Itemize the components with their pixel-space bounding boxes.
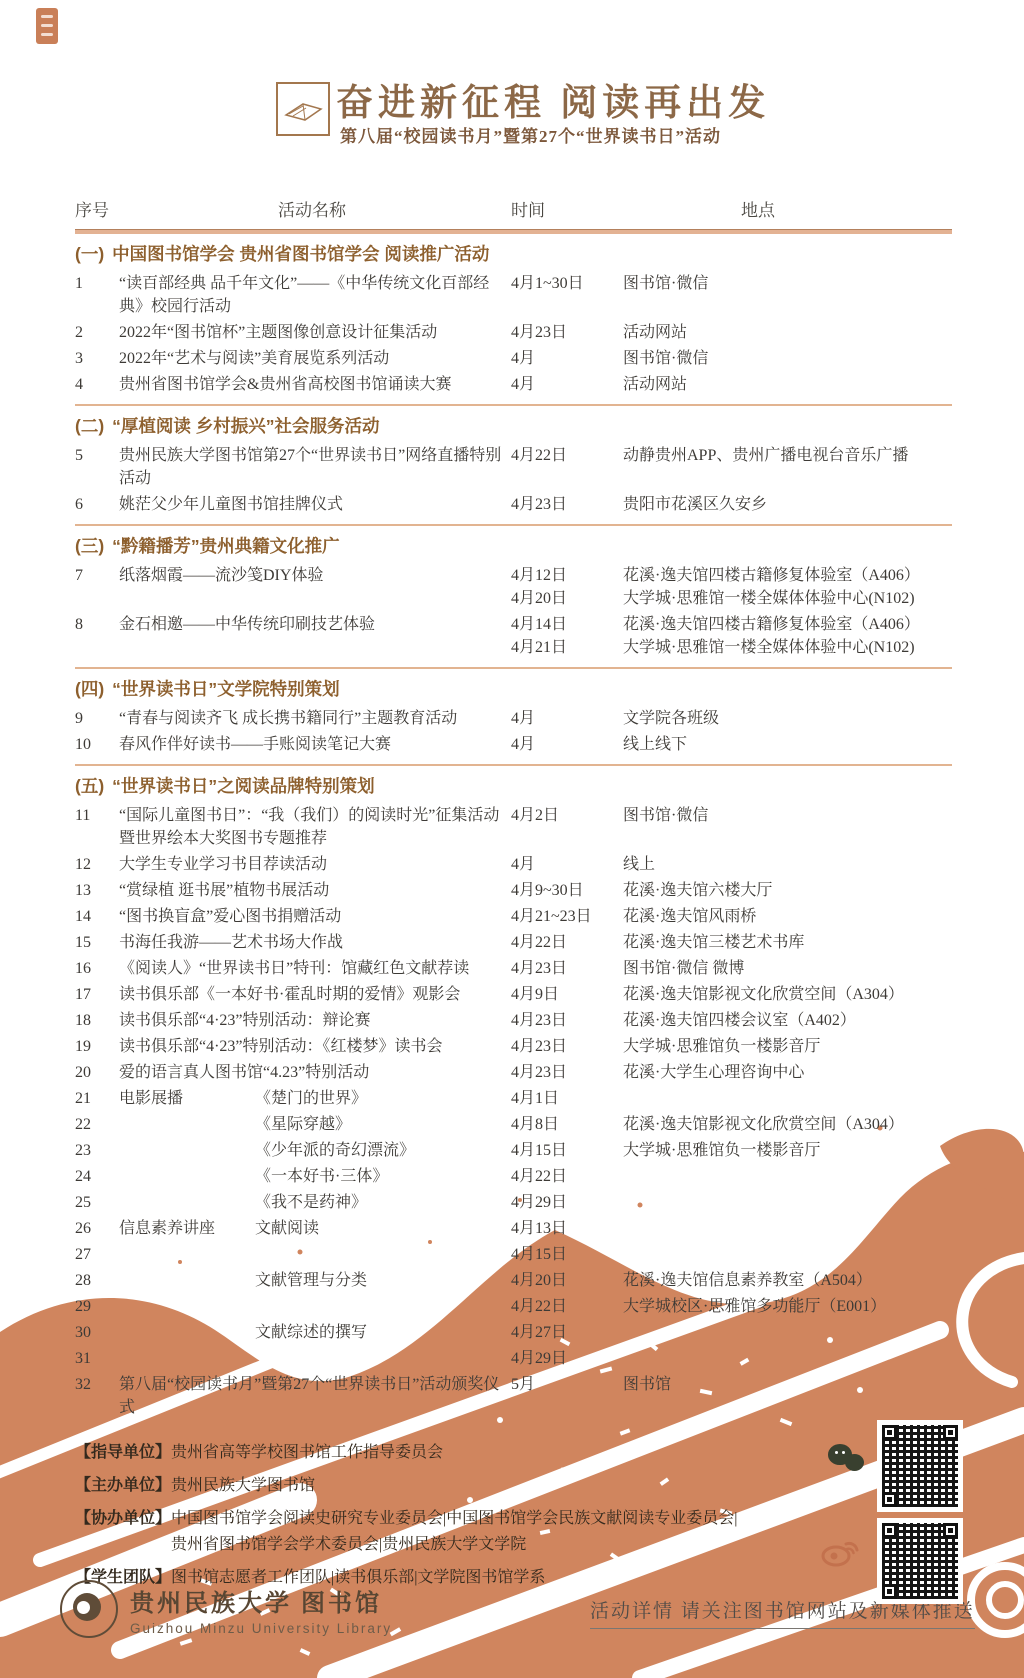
section-header: (四)“世界读书日”文学院特别策划 — [75, 677, 952, 702]
activity-name: 书海任我游——艺术书场大作战 — [119, 931, 511, 954]
location-line: 图书馆·微信 — [623, 804, 952, 827]
row-number: 8 — [75, 613, 119, 636]
time-line: 4月23日 — [511, 1035, 623, 1058]
location-line: 活动网站 — [623, 373, 952, 396]
time-line: 4月23日 — [511, 1009, 623, 1032]
table-row: 14“图书换盲盒”爱心图书捐赠活动4月21~23日花溪·逸夫馆风雨桥 — [75, 905, 952, 928]
activity-time: 4月23日 — [511, 1035, 623, 1058]
activity-time: 4月23日 — [511, 1061, 623, 1084]
poster-page: 奋进新征程 阅读再出发 第八届“校园读书月”暨第27个“世界读书日”活动 序号 … — [0, 0, 1024, 1678]
activity-name: 大学生专业学习书目荐读活动 — [119, 853, 511, 876]
table-row: 10春风作伴好读书——手账阅读笔记大赛4月线上线下 — [75, 733, 952, 756]
open-book-icon — [276, 82, 330, 136]
activity-table: 序号 活动名称 时间 地点 (一)中国图书馆学会 贵州省图书馆学会 阅读推广活动… — [75, 196, 952, 1422]
table-row: 32第八届“校园读书月”暨第27个“世界读书日”活动颁奖仪式5月图书馆 — [75, 1373, 952, 1419]
location-line: 花溪·逸夫馆三楼艺术书库 — [623, 931, 952, 954]
activity-name — [119, 1295, 511, 1318]
table-row: 1“读百部经典 品千年文化”——《中华传统文化百部经典》校园行活动4月1~30日… — [75, 272, 952, 318]
activity-name — [119, 1243, 511, 1266]
row-number: 13 — [75, 879, 119, 902]
credit-label: 【协办单位】 — [75, 1506, 171, 1558]
location-line: 大学城·思雅馆负一楼影音厅 — [623, 1035, 952, 1058]
location-line: 大学城校区·思雅馆多功能厅（E001） — [623, 1295, 952, 1318]
activity-name: 贵州民族大学图书馆第27个“世界读书日”网络直播特别活动 — [119, 444, 511, 490]
credit-text: 贵州省高等学校图书馆工作指导委员会 — [171, 1440, 443, 1466]
activity-location: 花溪·逸夫馆四楼会议室（A402） — [623, 1009, 952, 1032]
location-line: 花溪·逸夫馆信息素养教室（A504） — [623, 1269, 952, 1292]
table-row: 30文献综述的撰写4月27日 — [75, 1321, 952, 1344]
activity-time: 4月13日 — [511, 1217, 623, 1240]
activity-name: 纸落烟霞——流沙笺DIY体验 — [119, 564, 511, 587]
table-section: (五)“世界读书日”之阅读品牌特别策划11“国际儿童图书日”：“我（我们）的阅读… — [75, 774, 952, 1419]
row-number: 31 — [75, 1347, 119, 1370]
activity-location — [623, 1087, 952, 1110]
activity-time: 4月29日 — [511, 1347, 623, 1370]
activity-name: 文献综述的撰写 — [119, 1321, 511, 1344]
university-seal-icon — [60, 1580, 118, 1638]
activity-name: “赏绿植 逛书展”植物书展活动 — [119, 879, 511, 902]
activity-sub-item: 《我不是药神》 — [255, 1194, 367, 1211]
activity-time: 4月29日 — [511, 1191, 623, 1214]
time-line: 4月23日 — [511, 493, 623, 516]
activity-name: 贵州省图书馆学会&贵州省高校图书馆诵读大赛 — [119, 373, 511, 396]
time-line: 4月 — [511, 707, 623, 730]
time-line: 4月21~23日 — [511, 905, 623, 928]
location-line: 花溪·逸夫馆四楼古籍修复体验室（A406） — [623, 613, 952, 636]
row-number: 18 — [75, 1009, 119, 1032]
table-row: 28文献管理与分类4月20日花溪·逸夫馆信息素养教室（A504） — [75, 1269, 952, 1292]
library-logo: 贵州民族大学 图书馆 Guizhou Minzu University Libr… — [60, 1580, 392, 1638]
location-line — [623, 1347, 952, 1370]
table-row: 9“青春与阅读齐飞 成长携书籍同行”主题教育活动4月文学院各班级 — [75, 707, 952, 730]
activity-time: 4月1日 — [511, 1087, 623, 1110]
location-line: 花溪·大学生心理咨询中心 — [623, 1061, 952, 1084]
table-row: 294月22日大学城校区·思雅馆多功能厅（E001） — [75, 1295, 952, 1318]
location-line: 贵阳市花溪区久安乡 — [623, 493, 952, 516]
time-line: 4月 — [511, 853, 623, 876]
activity-location: 图书馆 — [623, 1373, 952, 1396]
activity-time: 4月21~23日 — [511, 905, 623, 928]
activity-location — [623, 1191, 952, 1214]
table-row: 23《少年派的奇幻漂流》4月15日大学城·思雅馆负一楼影音厅 — [75, 1139, 952, 1162]
time-line: 4月9~30日 — [511, 879, 623, 902]
location-line: 大学城·思雅馆一楼全媒体体验中心(N102) — [623, 587, 952, 610]
organizer-credits: 【指导单位】贵州省高等学校图书馆工作指导委员会【主办单位】贵州民族大学图书馆【协… — [75, 1440, 795, 1598]
location-line: 花溪·逸夫馆影视文化欣赏空间（A304） — [623, 1113, 952, 1136]
poster-subtitle: 第八届“校园读书月”暨第27个“世界读书日”活动 — [340, 122, 721, 147]
activity-name: 《我不是药神》 — [119, 1191, 511, 1214]
activity-name: 春风作伴好读书——手账阅读笔记大赛 — [119, 733, 511, 756]
row-number: 26 — [75, 1217, 119, 1240]
credit-label: 【主办单位】 — [75, 1473, 171, 1499]
activity-time: 5月 — [511, 1373, 623, 1396]
row-number: 3 — [75, 347, 119, 370]
row-number: 4 — [75, 373, 119, 396]
table-row: 25《我不是药神》4月29日 — [75, 1191, 952, 1214]
credit-text: 贵州民族大学图书馆 — [171, 1473, 315, 1499]
section-title: “黔籍播芳”贵州典籍文化推广 — [112, 536, 340, 556]
activity-name: 2022年“艺术与阅读”美育展览系列活动 — [119, 347, 511, 370]
time-line: 4月29日 — [511, 1191, 623, 1214]
activity-sub-item: 文献管理与分类 — [255, 1272, 367, 1289]
location-line — [623, 1321, 952, 1344]
time-line: 5月 — [511, 1373, 623, 1396]
time-line: 4月20日 — [511, 1269, 623, 1292]
table-row: 11“国际儿童图书日”：“我（我们）的阅读时光”征集活动暨世界绘本大奖图书专题推… — [75, 804, 952, 850]
location-line: 图书馆·微信 — [623, 347, 952, 370]
activity-location: 图书馆·微信 微博 — [623, 957, 952, 980]
credit-row: 【协办单位】中国图书馆学会阅读史研究专业委员会|中国图书馆学会民族文献阅读专业委… — [75, 1506, 795, 1558]
time-line: 4月23日 — [511, 957, 623, 980]
row-number: 28 — [75, 1269, 119, 1292]
credit-text: 中国图书馆学会阅读史研究专业委员会|中国图书馆学会民族文献阅读专业委员会| 贵州… — [171, 1506, 737, 1558]
location-line: 大学城·思雅馆一楼全媒体体验中心(N102) — [623, 636, 952, 659]
location-line: 花溪·逸夫馆风雨桥 — [623, 905, 952, 928]
activity-time: 4月 — [511, 347, 623, 370]
time-line: 4月2日 — [511, 804, 623, 827]
location-line: 大学城·思雅馆负一楼影音厅 — [623, 1139, 952, 1162]
location-line: 活动网站 — [623, 321, 952, 344]
location-line: 花溪·逸夫馆影视文化欣赏空间（A304） — [623, 983, 952, 1006]
table-row: 7纸落烟霞——流沙笺DIY体验4月12日4月20日花溪·逸夫馆四楼古籍修复体验室… — [75, 564, 952, 610]
activity-name: “读百部经典 品千年文化”——《中华传统文化百部经典》校园行活动 — [119, 272, 511, 318]
location-line: 图书馆·微信 微博 — [623, 957, 952, 980]
activity-time: 4月 — [511, 373, 623, 396]
time-line: 4月20日 — [511, 587, 623, 610]
activity-time: 4月1~30日 — [511, 272, 623, 295]
row-number: 5 — [75, 444, 119, 467]
activity-location: 大学城校区·思雅馆多功能厅（E001） — [623, 1295, 952, 1318]
activity-location: 图书馆·微信 — [623, 272, 952, 295]
location-line — [623, 1165, 952, 1188]
location-line: 线上线下 — [623, 733, 952, 756]
activity-name: 电影展播《楚门的世界》 — [119, 1087, 511, 1110]
activity-location — [623, 1165, 952, 1188]
activity-name: 《阅读人》“世界读书日”特刊：馆藏红色文献荐读 — [119, 957, 511, 980]
table-section: (二)“厚植阅读 乡村振兴”社会服务活动5贵州民族大学图书馆第27个“世界读书日… — [75, 414, 952, 516]
activity-time: 4月23日 — [511, 1009, 623, 1032]
location-line: 花溪·逸夫馆六楼大厅 — [623, 879, 952, 902]
row-number: 21 — [75, 1087, 119, 1110]
table-section: (三)“黔籍播芳”贵州典籍文化推广7纸落烟霞——流沙笺DIY体验4月12日4月2… — [75, 534, 952, 659]
activity-location: 花溪·逸夫馆风雨桥 — [623, 905, 952, 928]
section-header: (二)“厚植阅读 乡村振兴”社会服务活动 — [75, 414, 952, 439]
activity-time: 4月22日 — [511, 931, 623, 954]
activity-group-label: 信息素养讲座 — [119, 1217, 255, 1240]
table-row: 16《阅读人》“世界读书日”特刊：馆藏红色文献荐读4月23日图书馆·微信 微博 — [75, 957, 952, 980]
wechat-icon — [828, 1444, 872, 1480]
row-number: 19 — [75, 1035, 119, 1058]
table-row: 17读书俱乐部《一本好书·霍乱时期的爱情》观影会4月9日花溪·逸夫馆影视文化欣赏… — [75, 983, 952, 1006]
activity-name: 《一本好书·三体》 — [119, 1165, 511, 1188]
location-line — [623, 1191, 952, 1214]
row-number: 17 — [75, 983, 119, 1006]
activity-name: 文献管理与分类 — [119, 1269, 511, 1292]
column-header-time: 时间 — [511, 196, 623, 221]
poster-title: 奋进新征程 阅读再出发 — [336, 72, 770, 126]
activity-time: 4月 — [511, 707, 623, 730]
section-label: (三) — [75, 536, 104, 556]
location-line: 线上 — [623, 853, 952, 876]
activity-location: 活动网站 — [623, 321, 952, 344]
activity-name: 姚茫父少年儿童图书馆挂牌仪式 — [119, 493, 511, 516]
table-row: 21电影展播《楚门的世界》4月1日 — [75, 1087, 952, 1110]
table-row: 6姚茫父少年儿童图书馆挂牌仪式4月23日贵阳市花溪区久安乡 — [75, 493, 952, 516]
activity-name: 《星际穿越》 — [119, 1113, 511, 1136]
row-number: 24 — [75, 1165, 119, 1188]
activity-name: 金石相邀——中华传统印刷技艺体验 — [119, 613, 511, 636]
row-number: 14 — [75, 905, 119, 928]
activity-time: 4月9~30日 — [511, 879, 623, 902]
activity-time: 4月23日 — [511, 321, 623, 344]
activity-location: 线上 — [623, 853, 952, 876]
activity-name: 读书俱乐部“4·23”特别活动：《红楼梦》读书会 — [119, 1035, 511, 1058]
section-separator — [75, 667, 952, 669]
activity-sub-item: 《一本好书·三体》 — [255, 1168, 388, 1185]
activity-time: 4月22日 — [511, 1165, 623, 1188]
time-line: 4月1~30日 — [511, 272, 623, 295]
activity-time: 4月12日4月20日 — [511, 564, 623, 610]
location-line — [623, 1087, 952, 1110]
location-line: 图书馆 — [623, 1373, 952, 1396]
location-line: 花溪·逸夫馆四楼会议室（A402） — [623, 1009, 952, 1032]
table-header-rule — [75, 229, 952, 234]
activity-sub-item: 《少年派的奇幻漂流》 — [255, 1142, 415, 1159]
section-separator — [75, 524, 952, 526]
activity-location: 文学院各班级 — [623, 707, 952, 730]
section-title: 中国图书馆学会 贵州省图书馆学会 阅读推广活动 — [112, 244, 489, 264]
table-row: 24《一本好书·三体》4月22日 — [75, 1165, 952, 1188]
activity-name: 《少年派的奇幻漂流》 — [119, 1139, 511, 1162]
table-row: 20爱的语言真人图书馆“4.23”特别活动4月23日花溪·大学生心理咨询中心 — [75, 1061, 952, 1084]
credit-label: 【指导单位】 — [75, 1440, 171, 1466]
credit-row: 【主办单位】贵州民族大学图书馆 — [75, 1473, 795, 1499]
row-number: 32 — [75, 1373, 119, 1396]
column-header-loc: 地点 — [623, 196, 952, 221]
time-line: 4月9日 — [511, 983, 623, 1006]
time-line: 4月15日 — [511, 1139, 623, 1162]
activity-name: 第八届“校园读书月”暨第27个“世界读书日”活动颁奖仪式 — [119, 1373, 511, 1419]
table-row: 12大学生专业学习书目荐读活动4月线上 — [75, 853, 952, 876]
table-row: 32022年“艺术与阅读”美育展览系列活动4月图书馆·微信 — [75, 347, 952, 370]
activity-time: 4月22日 — [511, 1295, 623, 1318]
table-row: 4贵州省图书馆学会&贵州省高校图书馆诵读大赛4月活动网站 — [75, 373, 952, 396]
time-line: 4月8日 — [511, 1113, 623, 1136]
time-line: 4月1日 — [511, 1087, 623, 1110]
time-line: 4月29日 — [511, 1347, 623, 1370]
activity-time: 4月14日4月21日 — [511, 613, 623, 659]
row-number: 11 — [75, 804, 119, 827]
activity-name: 爱的语言真人图书馆“4.23”特别活动 — [119, 1061, 511, 1084]
activity-location: 花溪·逸夫馆信息素养教室（A504） — [623, 1269, 952, 1292]
activity-time: 4月23日 — [511, 493, 623, 516]
activity-location: 图书馆·微信 — [623, 347, 952, 370]
location-line: 图书馆·微信 — [623, 272, 952, 295]
table-row: 274月15日 — [75, 1243, 952, 1266]
activity-name: 读书俱乐部《一本好书·霍乱时期的爱情》观影会 — [119, 983, 511, 1006]
activity-time: 4月27日 — [511, 1321, 623, 1344]
section-title: “世界读书日”文学院特别策划 — [112, 679, 340, 699]
activity-name: “国际儿童图书日”：“我（我们）的阅读时光”征集活动暨世界绘本大奖图书专题推荐 — [119, 804, 511, 850]
activity-name: 读书俱乐部“4·23”特别活动：辩论赛 — [119, 1009, 511, 1032]
table-section: (四)“世界读书日”文学院特别策划9“青春与阅读齐飞 成长携书籍同行”主题教育活… — [75, 677, 952, 756]
location-line: 动静贵州APP、贵州广播电视台音乐广播 — [623, 444, 952, 467]
activity-location: 贵阳市花溪区久安乡 — [623, 493, 952, 516]
corner-seal-mark — [36, 8, 58, 44]
table-section: (一)中国图书馆学会 贵州省图书馆学会 阅读推广活动1“读百部经典 品千年文化”… — [75, 242, 952, 396]
row-number: 6 — [75, 493, 119, 516]
location-line: 文学院各班级 — [623, 707, 952, 730]
weibo-icon — [820, 1534, 860, 1568]
activity-sub-item: 《星际穿越》 — [255, 1116, 351, 1133]
section-label: (四) — [75, 679, 104, 699]
activity-location: 花溪·逸夫馆三楼艺术书库 — [623, 931, 952, 954]
activity-time: 4月15日 — [511, 1243, 623, 1266]
row-number: 22 — [75, 1113, 119, 1136]
row-number: 7 — [75, 564, 119, 587]
time-line: 4月 — [511, 373, 623, 396]
section-title: “世界读书日”之阅读品牌特别策划 — [112, 776, 375, 796]
time-line: 4月23日 — [511, 1061, 623, 1084]
section-separator — [75, 764, 952, 766]
section-label: (一) — [75, 244, 104, 264]
column-header-no: 序号 — [75, 196, 119, 221]
table-row: 18读书俱乐部“4·23”特别活动：辩论赛4月23日花溪·逸夫馆四楼会议室（A4… — [75, 1009, 952, 1032]
row-number: 12 — [75, 853, 119, 876]
time-line: 4月23日 — [511, 321, 623, 344]
activity-time: 4月8日 — [511, 1113, 623, 1136]
table-row: 22《星际穿越》4月8日花溪·逸夫馆影视文化欣赏空间（A304） — [75, 1113, 952, 1136]
section-header: (一)中国图书馆学会 贵州省图书馆学会 阅读推广活动 — [75, 242, 952, 267]
row-number: 1 — [75, 272, 119, 295]
section-header: (三)“黔籍播芳”贵州典籍文化推广 — [75, 534, 952, 559]
table-row: 26信息素养讲座文献阅读4月13日 — [75, 1217, 952, 1240]
table-row: 8金石相邀——中华传统印刷技艺体验4月14日4月21日花溪·逸夫馆四楼古籍修复体… — [75, 613, 952, 659]
table-row: 19读书俱乐部“4·23”特别活动：《红楼梦》读书会4月23日大学城·思雅馆负一… — [75, 1035, 952, 1058]
activity-location: 图书馆·微信 — [623, 804, 952, 827]
weibo-qr-code — [877, 1518, 963, 1604]
activity-time: 4月 — [511, 733, 623, 756]
activity-location: 花溪·逸夫馆四楼古籍修复体验室（A406）大学城·思雅馆一楼全媒体体验中心(N1… — [623, 564, 952, 610]
activity-time: 4月23日 — [511, 957, 623, 980]
location-line — [623, 1243, 952, 1266]
time-line: 4月22日 — [511, 1295, 623, 1318]
activity-location: 花溪·逸夫馆影视文化欣赏空间（A304） — [623, 1113, 952, 1136]
activity-sub-item: 《楚门的世界》 — [255, 1090, 367, 1107]
activity-sub-item: 文献阅读 — [255, 1220, 319, 1237]
time-line: 4月27日 — [511, 1321, 623, 1344]
row-number: 27 — [75, 1243, 119, 1266]
activity-sub-item: 文献综述的撰写 — [255, 1324, 367, 1341]
time-line: 4月 — [511, 347, 623, 370]
location-line: 花溪·逸夫馆四楼古籍修复体验室（A406） — [623, 564, 952, 587]
activity-location — [623, 1347, 952, 1370]
column-header-name: 活动名称 — [119, 196, 511, 221]
row-number: 29 — [75, 1295, 119, 1318]
activity-location: 大学城·思雅馆负一楼影音厅 — [623, 1139, 952, 1162]
activity-time: 4月15日 — [511, 1139, 623, 1162]
row-number: 25 — [75, 1191, 119, 1214]
activity-name: 信息素养讲座文献阅读 — [119, 1217, 511, 1240]
activity-location: 线上线下 — [623, 733, 952, 756]
activity-name: “图书换盲盒”爱心图书捐赠活动 — [119, 905, 511, 928]
section-header: (五)“世界读书日”之阅读品牌特别策划 — [75, 774, 952, 799]
table-row: 13“赏绿植 逛书展”植物书展活动4月9~30日花溪·逸夫馆六楼大厅 — [75, 879, 952, 902]
section-title: “厚植阅读 乡村振兴”社会服务活动 — [112, 416, 379, 436]
time-line: 4月22日 — [511, 444, 623, 467]
activity-table-body: (一)中国图书馆学会 贵州省图书馆学会 阅读推广活动1“读百部经典 品千年文化”… — [75, 242, 952, 1419]
activity-location: 动静贵州APP、贵州广播电视台音乐广播 — [623, 444, 952, 467]
section-separator — [75, 404, 952, 406]
activity-location — [623, 1321, 952, 1344]
activity-location: 花溪·逸夫馆四楼古籍修复体验室（A406）大学城·思雅馆一楼全媒体体验中心(N1… — [623, 613, 952, 659]
time-line: 4月15日 — [511, 1243, 623, 1266]
section-label: (五) — [75, 776, 104, 796]
time-line: 4月21日 — [511, 636, 623, 659]
activity-location — [623, 1217, 952, 1240]
activity-group-label: 电影展播 — [119, 1087, 255, 1110]
time-line: 4月 — [511, 733, 623, 756]
time-line: 4月13日 — [511, 1217, 623, 1240]
table-row: 5贵州民族大学图书馆第27个“世界读书日”网络直播特别活动4月22日动静贵州AP… — [75, 444, 952, 490]
library-name-en: Guizhou Minzu University Library — [130, 1621, 392, 1636]
activity-name: 2022年“图书馆杯”主题图像创意设计征集活动 — [119, 321, 511, 344]
table-row: 314月29日 — [75, 1347, 952, 1370]
credit-row: 【指导单位】贵州省高等学校图书馆工作指导委员会 — [75, 1440, 795, 1466]
activity-location: 大学城·思雅馆负一楼影音厅 — [623, 1035, 952, 1058]
row-number: 23 — [75, 1139, 119, 1162]
activity-name: “青春与阅读齐飞 成长携书籍同行”主题教育活动 — [119, 707, 511, 730]
activity-time: 4月20日 — [511, 1269, 623, 1292]
activity-location — [623, 1243, 952, 1266]
row-number: 2 — [75, 321, 119, 344]
table-row: 22022年“图书馆杯”主题图像创意设计征集活动4月23日活动网站 — [75, 321, 952, 344]
time-line: 4月12日 — [511, 564, 623, 587]
row-number: 10 — [75, 733, 119, 756]
activity-time: 4月22日 — [511, 444, 623, 467]
activity-location: 花溪·大学生心理咨询中心 — [623, 1061, 952, 1084]
row-number: 16 — [75, 957, 119, 980]
wechat-qr-code — [877, 1420, 963, 1512]
activity-time: 4月 — [511, 853, 623, 876]
activity-time: 4月9日 — [511, 983, 623, 1006]
row-number: 30 — [75, 1321, 119, 1344]
time-line: 4月14日 — [511, 613, 623, 636]
activity-location: 活动网站 — [623, 373, 952, 396]
section-label: (二) — [75, 416, 104, 436]
time-line: 4月22日 — [511, 1165, 623, 1188]
library-name-cn: 贵州民族大学 图书馆 — [130, 1583, 392, 1618]
activity-name — [119, 1347, 511, 1370]
location-line — [623, 1217, 952, 1240]
row-number: 15 — [75, 931, 119, 954]
activity-location: 花溪·逸夫馆影视文化欣赏空间（A304） — [623, 983, 952, 1006]
activity-location: 花溪·逸夫馆六楼大厅 — [623, 879, 952, 902]
row-number: 20 — [75, 1061, 119, 1084]
table-header-row: 序号 活动名称 时间 地点 — [75, 196, 952, 229]
table-row: 15书海任我游——艺术书场大作战4月22日花溪·逸夫馆三楼艺术书库 — [75, 931, 952, 954]
time-line: 4月22日 — [511, 931, 623, 954]
activity-time: 4月2日 — [511, 804, 623, 827]
row-number: 9 — [75, 707, 119, 730]
